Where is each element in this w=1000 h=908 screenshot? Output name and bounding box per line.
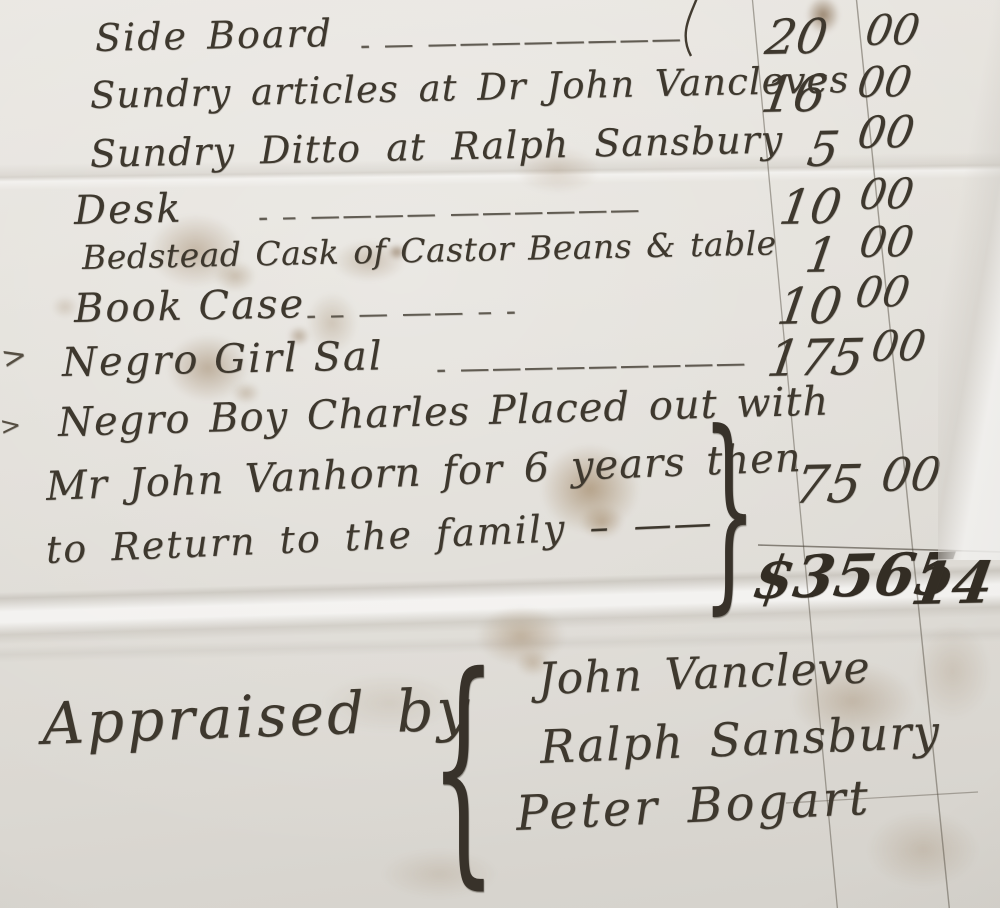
appraised-by-label: Appraised by bbox=[41, 675, 474, 758]
dollars-value: 20 bbox=[762, 9, 832, 66]
ledger-row-item: Negro Girl Sal bbox=[62, 333, 385, 386]
document-photo: Side Board - — ———————— 20 00 Sundry art… bbox=[0, 0, 1000, 908]
cents-value: 00 bbox=[856, 217, 917, 267]
cents-value: 00 bbox=[862, 5, 923, 55]
dollars-value: 10 bbox=[773, 277, 846, 337]
cents-value: 00 bbox=[856, 169, 917, 219]
dash-trail: - – — —— – - bbox=[306, 294, 519, 333]
appraisal-brace: { bbox=[430, 646, 497, 892]
ledger-row-item: Sundry articles at Dr John Vancleves bbox=[90, 58, 850, 117]
margin-check-mark: > bbox=[0, 410, 22, 441]
signature: Peter Bogart bbox=[515, 770, 872, 842]
dash-trail: - ————————— bbox=[436, 345, 748, 387]
group-entry-brace: } bbox=[702, 404, 757, 615]
cents-value: 00 bbox=[878, 447, 945, 502]
cents-value: 00 bbox=[852, 267, 913, 317]
total-cents: 14 bbox=[907, 548, 998, 618]
dollars-value: 5 bbox=[804, 121, 843, 178]
cut-off-ink-stroke bbox=[686, 0, 697, 56]
group-entry-line: to Return to the family – —— bbox=[45, 500, 714, 572]
ledger-row-item: Desk bbox=[74, 186, 183, 234]
group-entry-line: Mr John Vanhorn for 6 years then bbox=[45, 435, 802, 510]
ledger-row-item: Book Case bbox=[74, 281, 306, 332]
ledger-row-item: Bedstead Cask of Castor Beans & table bbox=[82, 223, 777, 277]
ledger-row-item: Side Board bbox=[95, 11, 334, 60]
dollars-value: 16 bbox=[757, 65, 830, 125]
paper-torn-edge bbox=[938, 0, 1000, 560]
dash-trail: - — ———————— bbox=[360, 21, 684, 63]
cents-value: 00 bbox=[854, 57, 915, 107]
cents-value: 00 bbox=[868, 321, 929, 371]
signature: John Vancleve bbox=[537, 642, 871, 705]
dollars-value: 75 bbox=[790, 455, 865, 517]
dollars-value: 1 bbox=[802, 227, 841, 284]
ledger-row-item: Sundry Ditto at Ralph Sansbury bbox=[90, 117, 784, 176]
signature: Ralph Sansbury bbox=[539, 705, 942, 774]
margin-check-mark: > bbox=[0, 337, 30, 376]
stain bbox=[868, 812, 978, 887]
cents-value: 00 bbox=[854, 107, 918, 159]
